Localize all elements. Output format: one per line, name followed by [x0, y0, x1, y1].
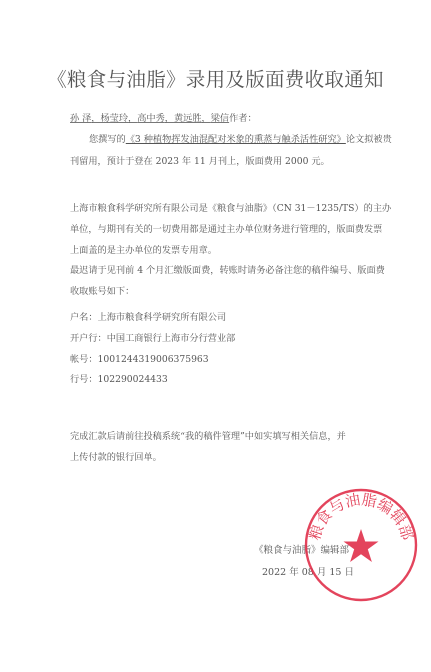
star-icon: [344, 529, 379, 562]
account-bank: 开户行：中国工商银行上海市分行营业部: [70, 333, 235, 345]
account-number-label: 帐号：: [70, 354, 98, 365]
author-name: 孙 泽: [70, 113, 91, 124]
separator: ，: [165, 113, 174, 124]
paragraph1-line2: 刊留用，预计于登在 2023 年 11 月刊上，版面费用 2000 元。: [70, 156, 330, 168]
official-seal: 粮食与油脂编辑部: [302, 486, 420, 604]
paragraph1-suffix: 论文拟被贵: [346, 134, 392, 145]
paragraph4-line2: 上传付款的银行回单。: [70, 452, 162, 464]
author-name: 梁信: [211, 113, 229, 124]
paper-title: 《3 种植物挥发油混配对米象的熏蒸与触杀活性研究》: [126, 134, 346, 145]
separator: ，: [128, 113, 137, 124]
account-holder: 户名：上海市粮食科学研究所有限公司: [70, 312, 226, 324]
account-bank-label: 开户行：: [70, 333, 107, 344]
bank-code: 行号：102290024433: [70, 374, 168, 386]
paragraph2-line3: 上面盖的是主办单位的发票专用章。: [70, 245, 217, 257]
account-holder-value: 上海市粮食科学研究所有限公司: [98, 312, 227, 323]
document-title: 《粮食与油脂》录用及版面费收取通知: [0, 64, 431, 92]
account-bank-value: 中国工商银行上海市分行营业部: [107, 333, 236, 344]
notice-page: 《粮食与油脂》录用及版面费收取通知 孙 泽，杨莹玲，高中秀，黄远胜，梁信作者： …: [0, 0, 431, 672]
paragraph1-prefix: 您撰写的: [89, 134, 126, 145]
seal-icon: 粮食与油脂编辑部: [302, 486, 420, 604]
paragraph3-line1: 最迟请于见刊前 4 个月汇缴版面费，转账时请务必备注您的稿件编号、版面费: [70, 265, 385, 277]
authors-line: 孙 泽，杨莹玲，高中秀，黄远胜，梁信作者：: [70, 113, 257, 125]
bank-code-label: 行号：: [70, 374, 98, 385]
separator: ，: [202, 113, 211, 124]
author-name: 黄远胜: [174, 113, 202, 124]
paragraph1-line1: 您撰写的《3 种植物挥发油混配对米象的熏蒸与触杀活性研究》论文拟被贵: [89, 134, 392, 146]
account-number-value: 1001244319006375963: [98, 354, 209, 365]
paragraph2-line1: 上海市粮食科学研究所有限公司是《粮食与油脂》（CN 31－1235/TS）的主办: [70, 203, 391, 215]
author-name: 杨莹玲: [100, 113, 128, 124]
paragraph4-line1: 完成汇款后请前往投稿系统“我的稿件管理”中如实填写相关信息，并: [70, 431, 346, 443]
account-number: 帐号：1001244319006375963: [70, 354, 209, 366]
account-holder-label: 户名：: [70, 312, 98, 323]
author-name: 高中秀: [137, 113, 165, 124]
paragraph2-line2: 单位，与期刊有关的一切费用都是通过主办单位财务进行管理的，版面费发票: [70, 224, 382, 236]
paragraph3-line2: 收取账号如下：: [70, 286, 134, 298]
authors-suffix: 作者：: [229, 113, 257, 124]
bank-code-value: 102290024433: [98, 374, 168, 385]
